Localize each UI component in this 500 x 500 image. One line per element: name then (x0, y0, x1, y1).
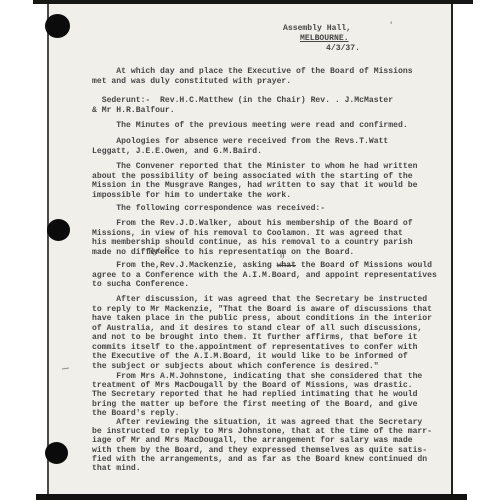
paragraph-mackenzie-letter: From the,Rev.J.Mackenzie, asking what th… (92, 261, 437, 290)
paragraph-johnstone-and-reply: From Mrs A.M.Johnstone, indicating that … (92, 372, 432, 473)
punch-hole-top (45, 14, 70, 38)
mackenzie-text-before: From the,Rev.J.Mackenzie, asking (92, 261, 277, 270)
handwritten-correction: if (280, 251, 286, 259)
paragraph-convener-report: The Convener reported that the Minister … (92, 162, 417, 200)
stray-tick-mark: ' (389, 22, 393, 30)
header-venue: Assembly Hall, (283, 24, 351, 33)
paragraph-sederunt: Sederunt:- Rev.H.C.Matthew (in the Chair… (92, 96, 393, 115)
paragraph-apologies: Apologies for absence were received from… (92, 137, 388, 156)
paragraph-correspondence-heading: The following correspondence was receive… (92, 204, 325, 214)
scan-edge-top (33, 0, 473, 4)
punch-hole-middle (47, 219, 70, 241)
header-date: 4/3/37. (326, 44, 360, 53)
paragraph-walker-letter: From the Rev.J.D.Walker, about his membe… (92, 219, 413, 257)
scan-edge-bottom (36, 494, 467, 500)
paragraph-minutes: The Minutes of the previous meeting were… (92, 121, 408, 131)
paragraph-constitution: At which day and place the Executive of … (92, 67, 413, 86)
punch-hole-bottom (45, 442, 68, 464)
header-city: MELBOURNE. (300, 34, 349, 43)
paragraph-reply-to-mackenzie: After discussion, it was agreed that the… (92, 295, 432, 371)
strikethrough-word: what (277, 261, 296, 270)
handwritten-initials: Ryt. R. (148, 245, 172, 256)
